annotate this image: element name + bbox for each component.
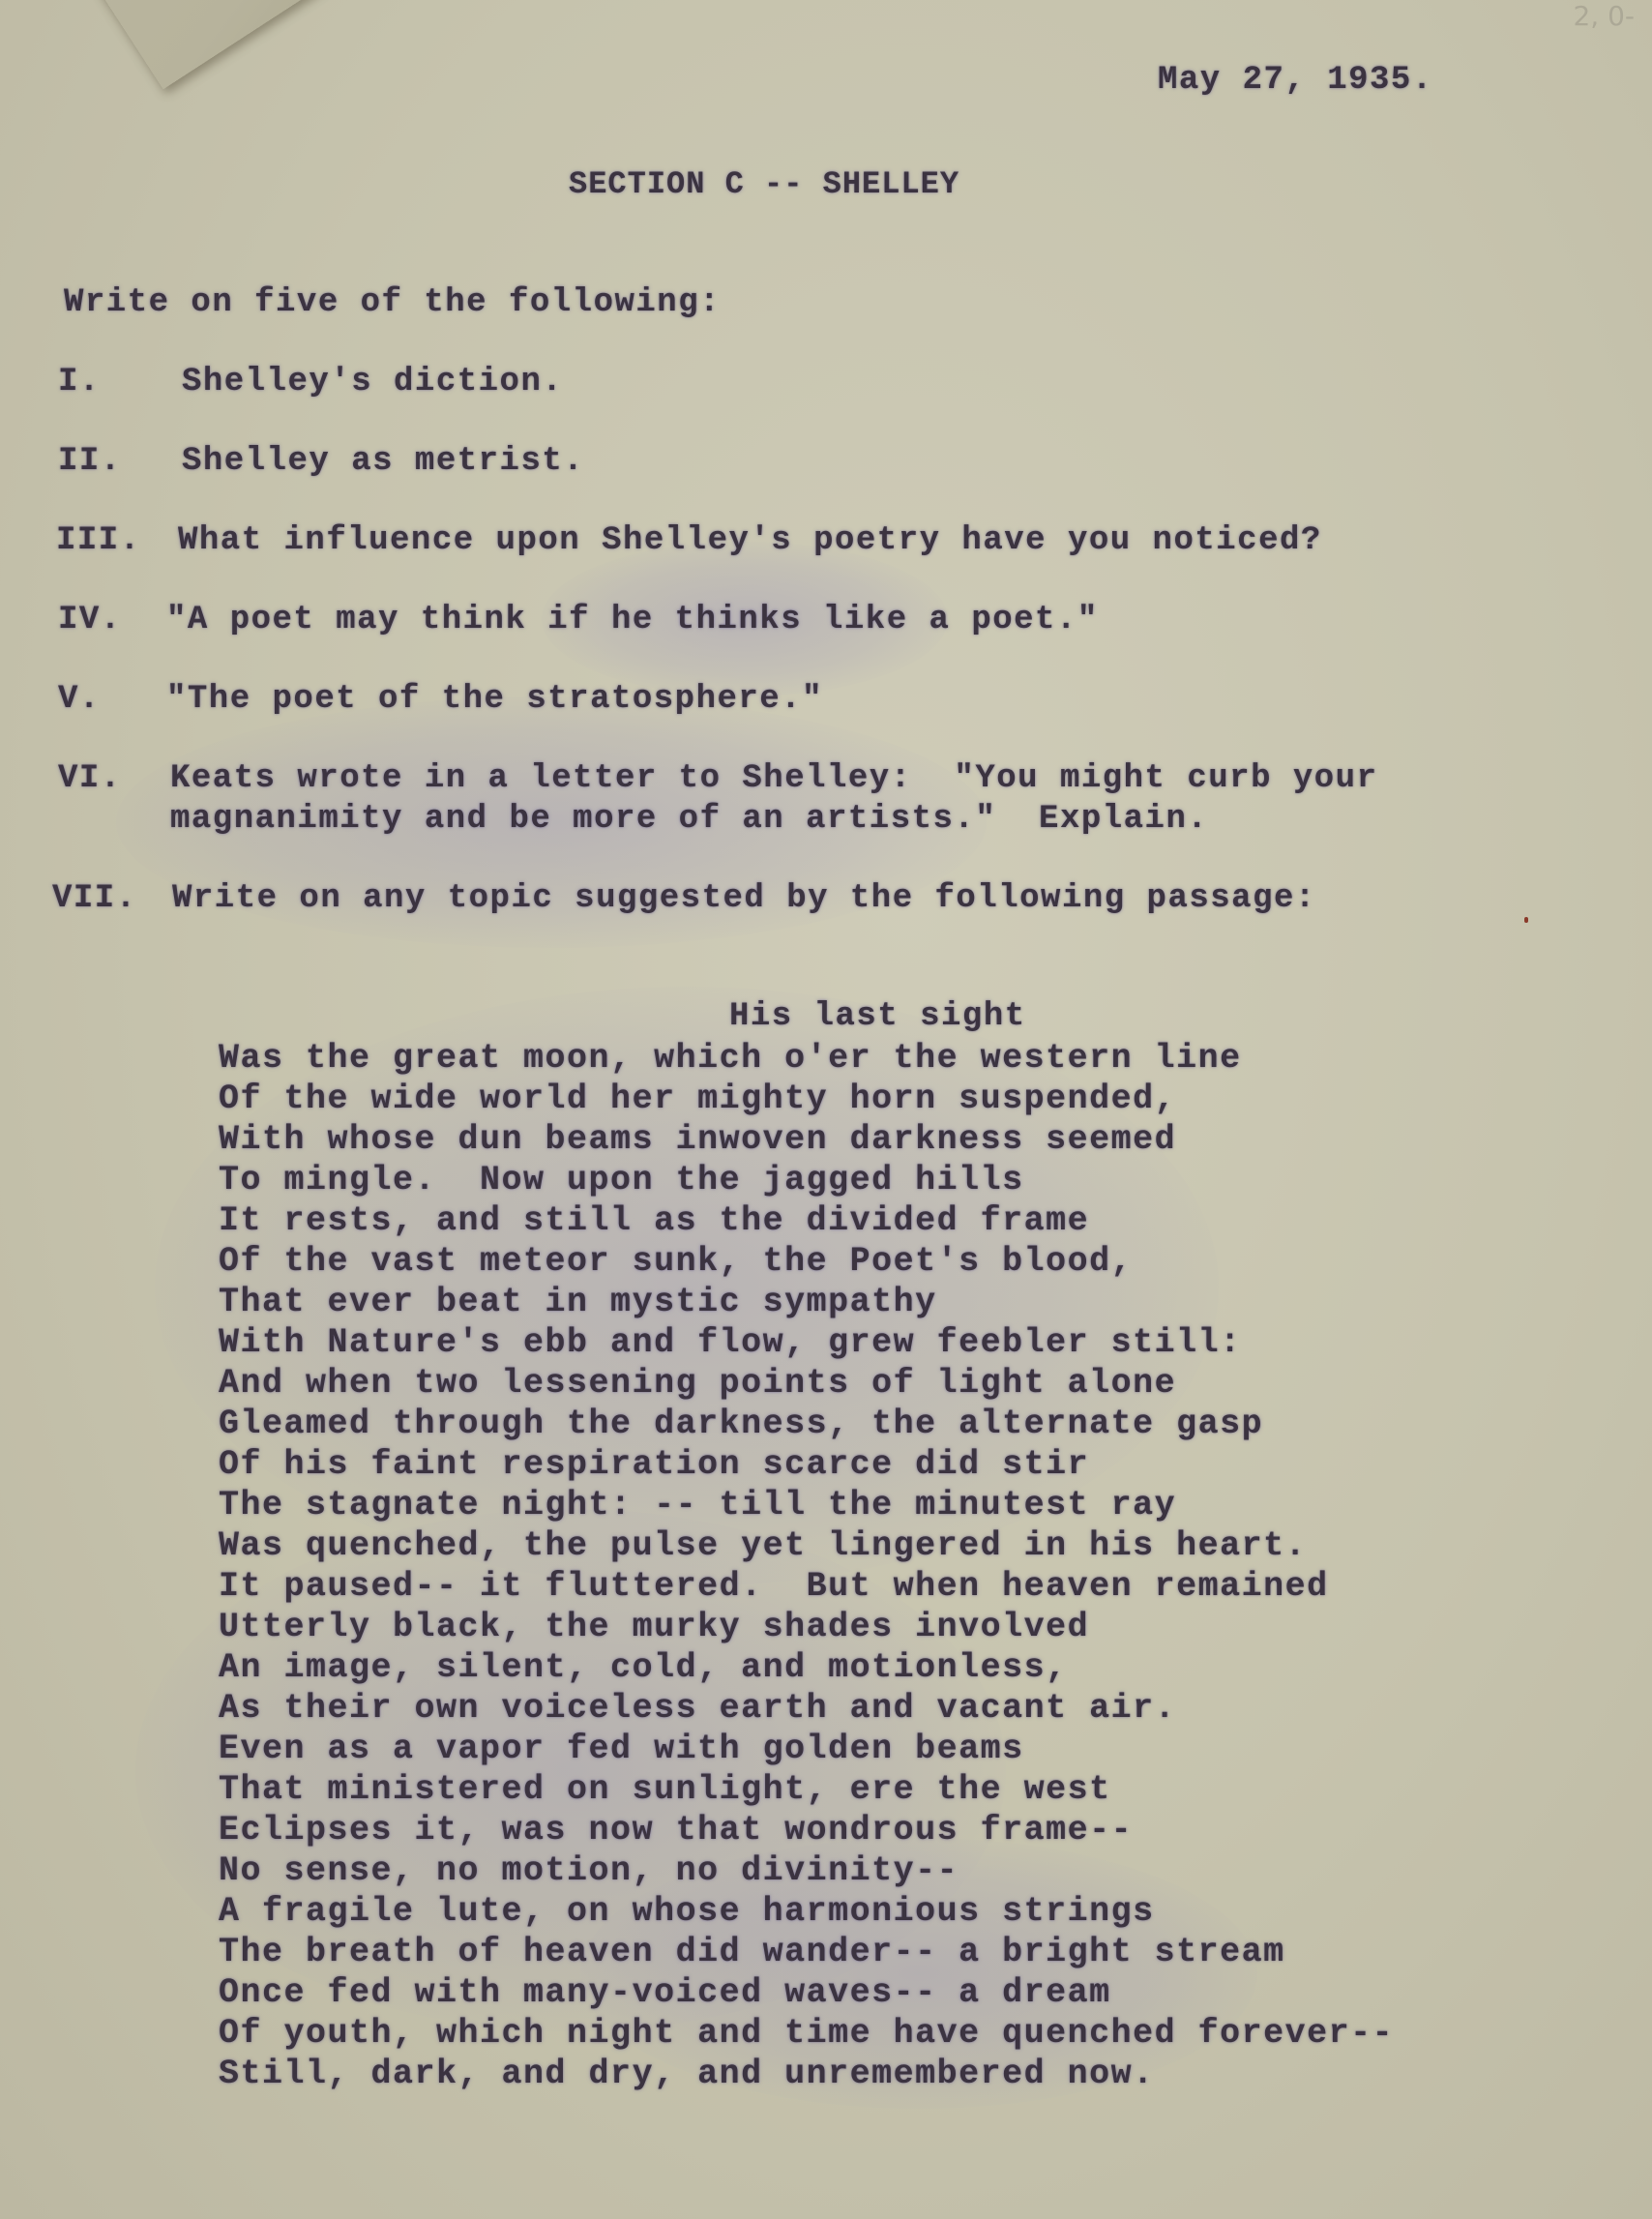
question-text: Shelley as metrist. [182, 443, 584, 480]
question-number: V. [58, 681, 101, 718]
poem-line: With whose dun beams inwoven darkness se… [219, 1120, 1176, 1159]
question-item: IV. "A poet may think if he thinks like … [58, 602, 1606, 644]
poem-line: Gleamed through the darkness, the altern… [219, 1405, 1263, 1443]
poem-line: The breath of heaven did wander-- a brig… [219, 1933, 1285, 1971]
poem-line: That ever beat in mystic sympathy [219, 1283, 937, 1321]
poem-line: An image, silent, cold, and motionless, [219, 1648, 1068, 1687]
poem-line: Was the great moon, which o'er the weste… [219, 1039, 1242, 1078]
poem-line: To mingle. Now upon the jagged hills [219, 1161, 1024, 1199]
poem-line: Once fed with many-voiced waves-- a drea… [219, 1973, 1111, 2012]
poem-line: As their own voiceless earth and vacant … [219, 1689, 1176, 1728]
question-text-continued: magnanimity and be more of an artists." … [170, 801, 1208, 838]
poem-line: It rests, and still as the divided frame [219, 1201, 1089, 1240]
poem-line: A fragile lute, on whose harmonious stri… [219, 1892, 1155, 1931]
question-number: VII. [52, 880, 137, 917]
poem-line: With Nature's ebb and flow, grew feebler… [219, 1323, 1242, 1362]
question-item: VI. Keats wrote in a letter to Shelley: … [58, 760, 1606, 847]
poem-line: No sense, no motion, no divinity-- [219, 1851, 959, 1890]
poem-line: And when two lessening points of light a… [219, 1364, 1176, 1403]
question-item: III. What influence upon Shelley's poetr… [58, 522, 1606, 565]
question-number: III. [56, 522, 141, 559]
question-number: IV. [58, 602, 122, 638]
question-text: Shelley's diction. [182, 364, 563, 400]
question-text: Write on any topic suggested by the foll… [172, 880, 1316, 917]
question-number: VI. [58, 760, 122, 797]
poem-line: Of youth, which night and time have quen… [219, 2014, 1394, 2053]
question-item: I. Shelley's diction. [58, 364, 1606, 406]
pencil-mark: 2, 0- [1573, 0, 1635, 32]
poem-line: It paused-- it fluttered. But when heave… [219, 1567, 1329, 1606]
question-item: V. "The poet of the stratosphere." [58, 681, 1606, 724]
poem-line: The stagnate night: -- till the minutest… [219, 1486, 1176, 1524]
question-number: I. [58, 364, 101, 400]
poem-line: Of the vast meteor sunk, the Poet's bloo… [219, 1242, 1133, 1281]
poem-line: Was quenched, the pulse yet lingered in … [219, 1526, 1307, 1565]
question-text: "A poet may think if he thinks like a po… [166, 602, 1099, 638]
poem-line: Of his faint respiration scarce did stir [219, 1445, 1089, 1484]
question-number: II. [58, 443, 122, 480]
question-text: "The poet of the stratosphere." [166, 681, 823, 718]
question-text: What influence upon Shelley's poetry hav… [178, 522, 1322, 559]
poem-line: Even as a vapor fed with golden beams [219, 1730, 1024, 1768]
document-date: May 27, 1935. [1158, 62, 1433, 99]
question-text: Keats wrote in a letter to Shelley: "You… [170, 760, 1378, 797]
question-item: VII. Write on any topic suggested by the… [58, 880, 1606, 923]
poem-line: That ministered on sunlight, ere the wes… [219, 1770, 1111, 1809]
poem-title: His last sight [729, 998, 1026, 1035]
question-item: II. Shelley as metrist. [58, 443, 1606, 486]
poem-line: Of the wide world her mighty horn suspen… [219, 1080, 1176, 1118]
poem-line: Eclipses it, was now that wondrous frame… [219, 1811, 1133, 1849]
poem-line: Still, dark, and dry, and unremembered n… [219, 2055, 1155, 2093]
poem-line: Utterly black, the murky shades involved [219, 1608, 1089, 1646]
instructions: Write on five of the following: [64, 284, 721, 321]
section-title: SECTION C -- SHELLEY [569, 166, 959, 202]
